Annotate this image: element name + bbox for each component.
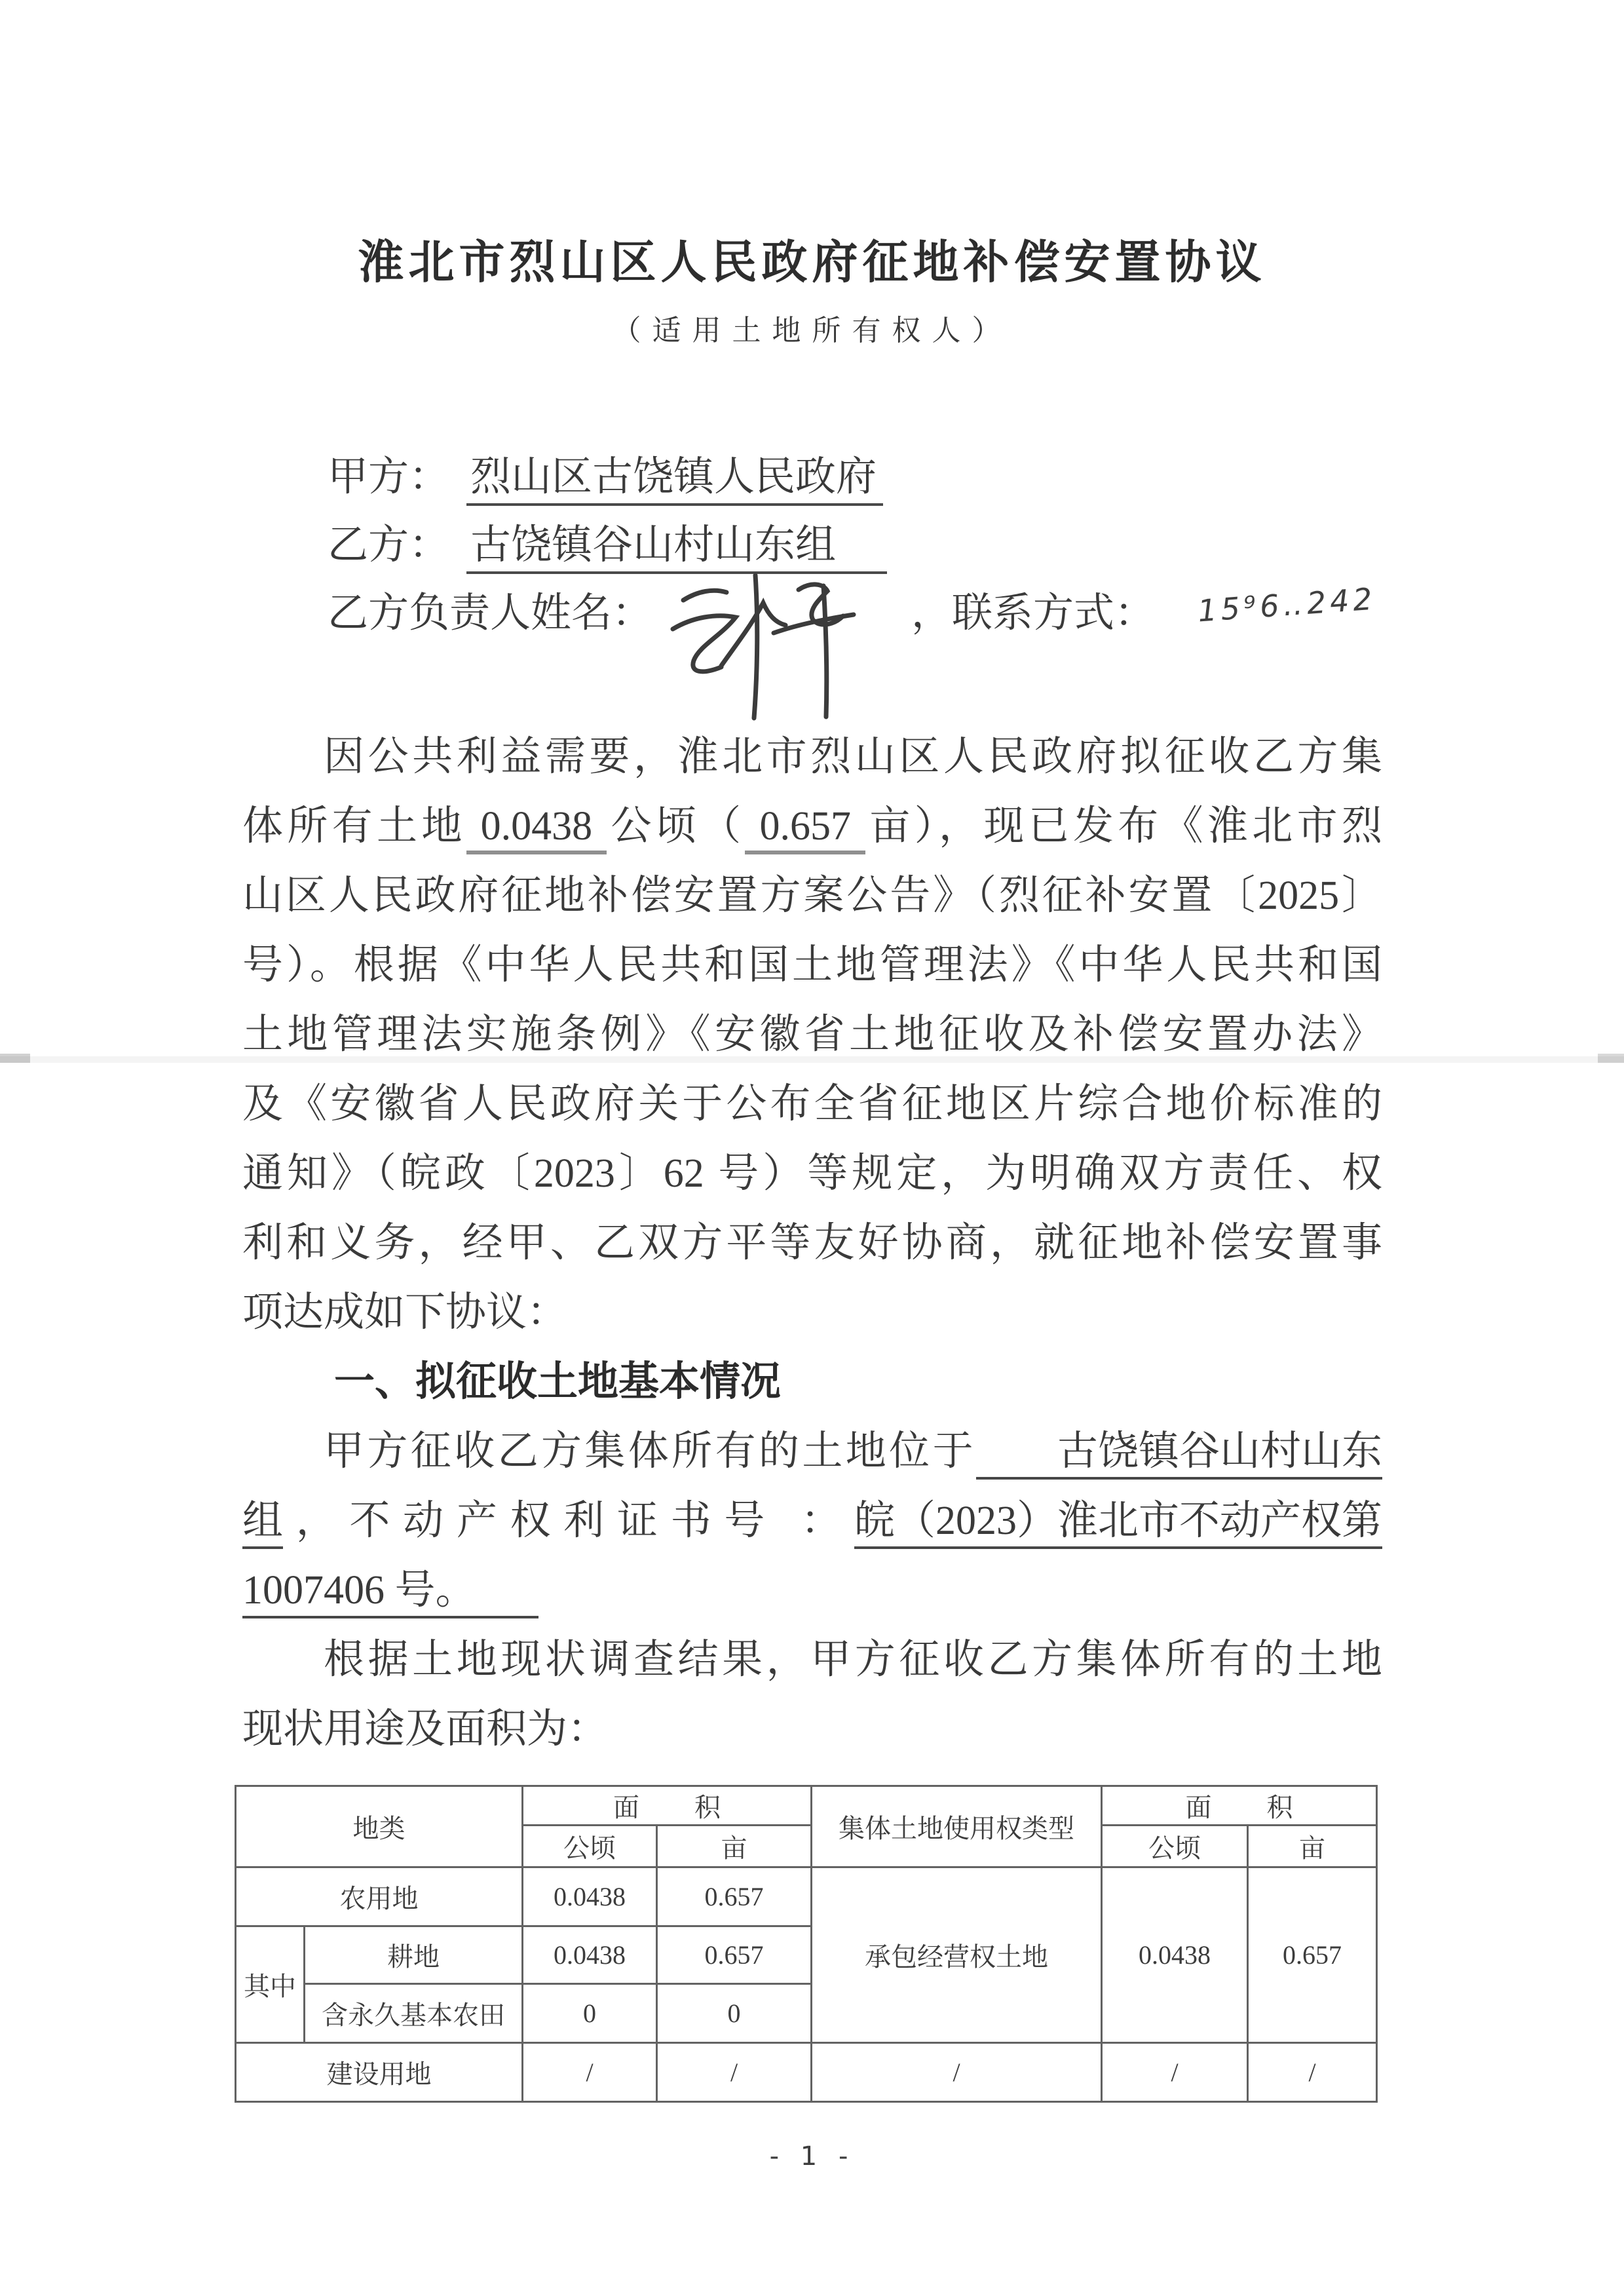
para1-line4: 号）。根据《中华人民共和国土地管理法》《中华人民共和国 — [242, 930, 1382, 1000]
area-hectare-value: 0.0438 — [466, 803, 607, 854]
para1-line1: 因公共利益需要，淮北市烈山区人民政府拟征收乙方集 — [242, 722, 1382, 792]
body-text: 因公共利益需要，淮北市烈山区人民政府拟征收乙方集 体所有土地0.0438公顷（0… — [242, 722, 1382, 1764]
cell-construction-c1: / — [523, 2043, 657, 2102]
para1-line2: 体所有土地0.0438公顷（0.657亩），现已发布《淮北市烈 — [242, 792, 1382, 861]
party-a-line: 甲方：烈山区古饶镇人民政府 — [328, 443, 1382, 511]
cell-right-mu: 0.657 — [1248, 1867, 1377, 2043]
document-subtitle: （适用土地所有权人） — [0, 307, 1624, 349]
document-title: 淮北市烈山区人民政府征地补偿安置协议 — [0, 225, 1624, 292]
cell-construction-label: 建设用地 — [236, 2043, 523, 2102]
header-area-left: 面 积 — [523, 1786, 812, 1826]
section1-line1: 甲方征收乙方集体所有的土地位于古饶镇谷山村山东 — [242, 1417, 1382, 1486]
scan-fold-tick-right — [1598, 1054, 1624, 1063]
para1-line6: 及《安徽省人民政府关于公布全省征地区片综合地价标准的 — [242, 1069, 1382, 1139]
header-mu-left: 亩 — [657, 1826, 812, 1867]
party-b-label: 乙方： — [328, 523, 449, 567]
para1-line8: 利和义务，经甲、乙双方平等友好协商，就征地补偿安置事 — [242, 1208, 1382, 1278]
header-mu-right: 亩 — [1248, 1826, 1377, 1867]
cell-agricultural-mu: 0.657 — [657, 1867, 812, 1926]
para1-line7: 通知》（皖政〔2023〕62 号）等规定，为明确双方责任、权 — [242, 1139, 1382, 1208]
para1-line5: 土地管理法实施条例》《安徽省土地征收及补偿安置办法》 — [242, 1000, 1382, 1069]
section1-line5: 现状用途及面积为： — [242, 1694, 1382, 1764]
cell-arable-label: 耕地 — [305, 1926, 523, 1984]
cell-arable-hectare: 0.0438 — [523, 1926, 657, 1984]
cell-agricultural-hectare: 0.0438 — [523, 1867, 657, 1926]
party-b-representative-signature — [658, 562, 868, 733]
certificate-number-part1: 皖（2023）淮北市不动产权第 — [854, 1498, 1382, 1549]
cell-construction-c5: / — [1248, 2043, 1377, 2102]
certificate-number-part2: 1007406 号。 — [242, 1567, 538, 1618]
land-status-table: 地类 面 积 集体土地使用权类型 面 积 公顷 亩 公顷 亩 农用地 0.043… — [235, 1785, 1378, 2103]
scan-fold-tick-left — [0, 1054, 30, 1063]
header-area-right: 面 积 — [1102, 1786, 1377, 1826]
contact-label: ，联系方式： — [911, 591, 1155, 636]
cell-construction-c2: / — [657, 2043, 812, 2102]
section1-line3: 1007406 号。 — [242, 1556, 1382, 1625]
cell-right-type-value: 承包经营权土地 — [812, 1867, 1102, 2043]
area-mu-value: 0.657 — [745, 803, 865, 854]
cell-basic-farmland-hectare: 0 — [523, 1984, 657, 2043]
para1-line2-pre: 体所有土地 — [242, 804, 466, 849]
section1-line2-mid: ，不动产权利证书号 ： — [283, 1499, 854, 1543]
party-a-label: 甲方： — [328, 455, 449, 499]
party-b-rep-label: 乙方负责人姓名： — [328, 591, 652, 636]
page-number: - 1 - — [0, 2141, 1624, 2172]
table-row-construction: 建设用地 / / / / / — [236, 2043, 1377, 2102]
header-hectare-right: 公顷 — [1102, 1826, 1248, 1867]
cell-construction-c3: / — [812, 2043, 1102, 2102]
para1-line9: 项达成如下协议： — [242, 1278, 1382, 1347]
table-row-agricultural: 农用地 0.0438 0.657 承包经营权土地 0.0438 0.657 — [236, 1867, 1377, 1926]
section1-line1-pre: 甲方征收乙方集体所有的土地位于 — [324, 1429, 976, 1474]
table-header-row-1: 地类 面 积 集体土地使用权类型 面 积 — [236, 1786, 1377, 1826]
para1-line2-post: 亩），现已发布《淮北市烈 — [865, 804, 1382, 849]
land-location-underlined: 古饶镇谷山村山东 — [976, 1428, 1382, 1480]
para1-line3: 山区人民政府征地补偿安置方案公告》（烈征补安置〔2025〕 — [242, 861, 1382, 930]
section1-heading: 一、拟征收土地基本情况 — [242, 1347, 1382, 1417]
section1-line2: 组，不动产权利证书号 ：皖（2023）淮北市不动产权第 — [242, 1486, 1382, 1556]
cell-construction-c4: / — [1102, 2043, 1248, 2102]
cell-basic-farmland-label: 含永久基本农田 — [305, 1984, 523, 2043]
para1-line2-mid: 公顷（ — [607, 804, 745, 849]
cell-arable-mu: 0.657 — [657, 1926, 812, 1984]
cell-basic-farmland-mu: 0 — [657, 1984, 812, 2043]
cell-agricultural-label: 农用地 — [236, 1867, 523, 1926]
cell-among-label: 其中 — [236, 1926, 305, 2043]
party-a-value: 烈山区古饶镇人民政府 — [466, 453, 883, 506]
header-land-type: 地类 — [236, 1786, 523, 1867]
land-location-continued: 组 — [242, 1498, 283, 1549]
scanned-agreement-page: 淮北市烈山区人民政府征地补偿安置协议 （适用土地所有权人） 甲方：烈山区古饶镇人… — [0, 0, 1624, 2296]
header-collective-right-type: 集体土地使用权类型 — [812, 1786, 1102, 1867]
section1-line4: 根据土地现状调查结果，甲方征收乙方集体所有的土地 — [242, 1625, 1382, 1694]
header-hectare-left: 公顷 — [523, 1826, 657, 1867]
cell-right-hectare: 0.0438 — [1102, 1867, 1248, 2043]
